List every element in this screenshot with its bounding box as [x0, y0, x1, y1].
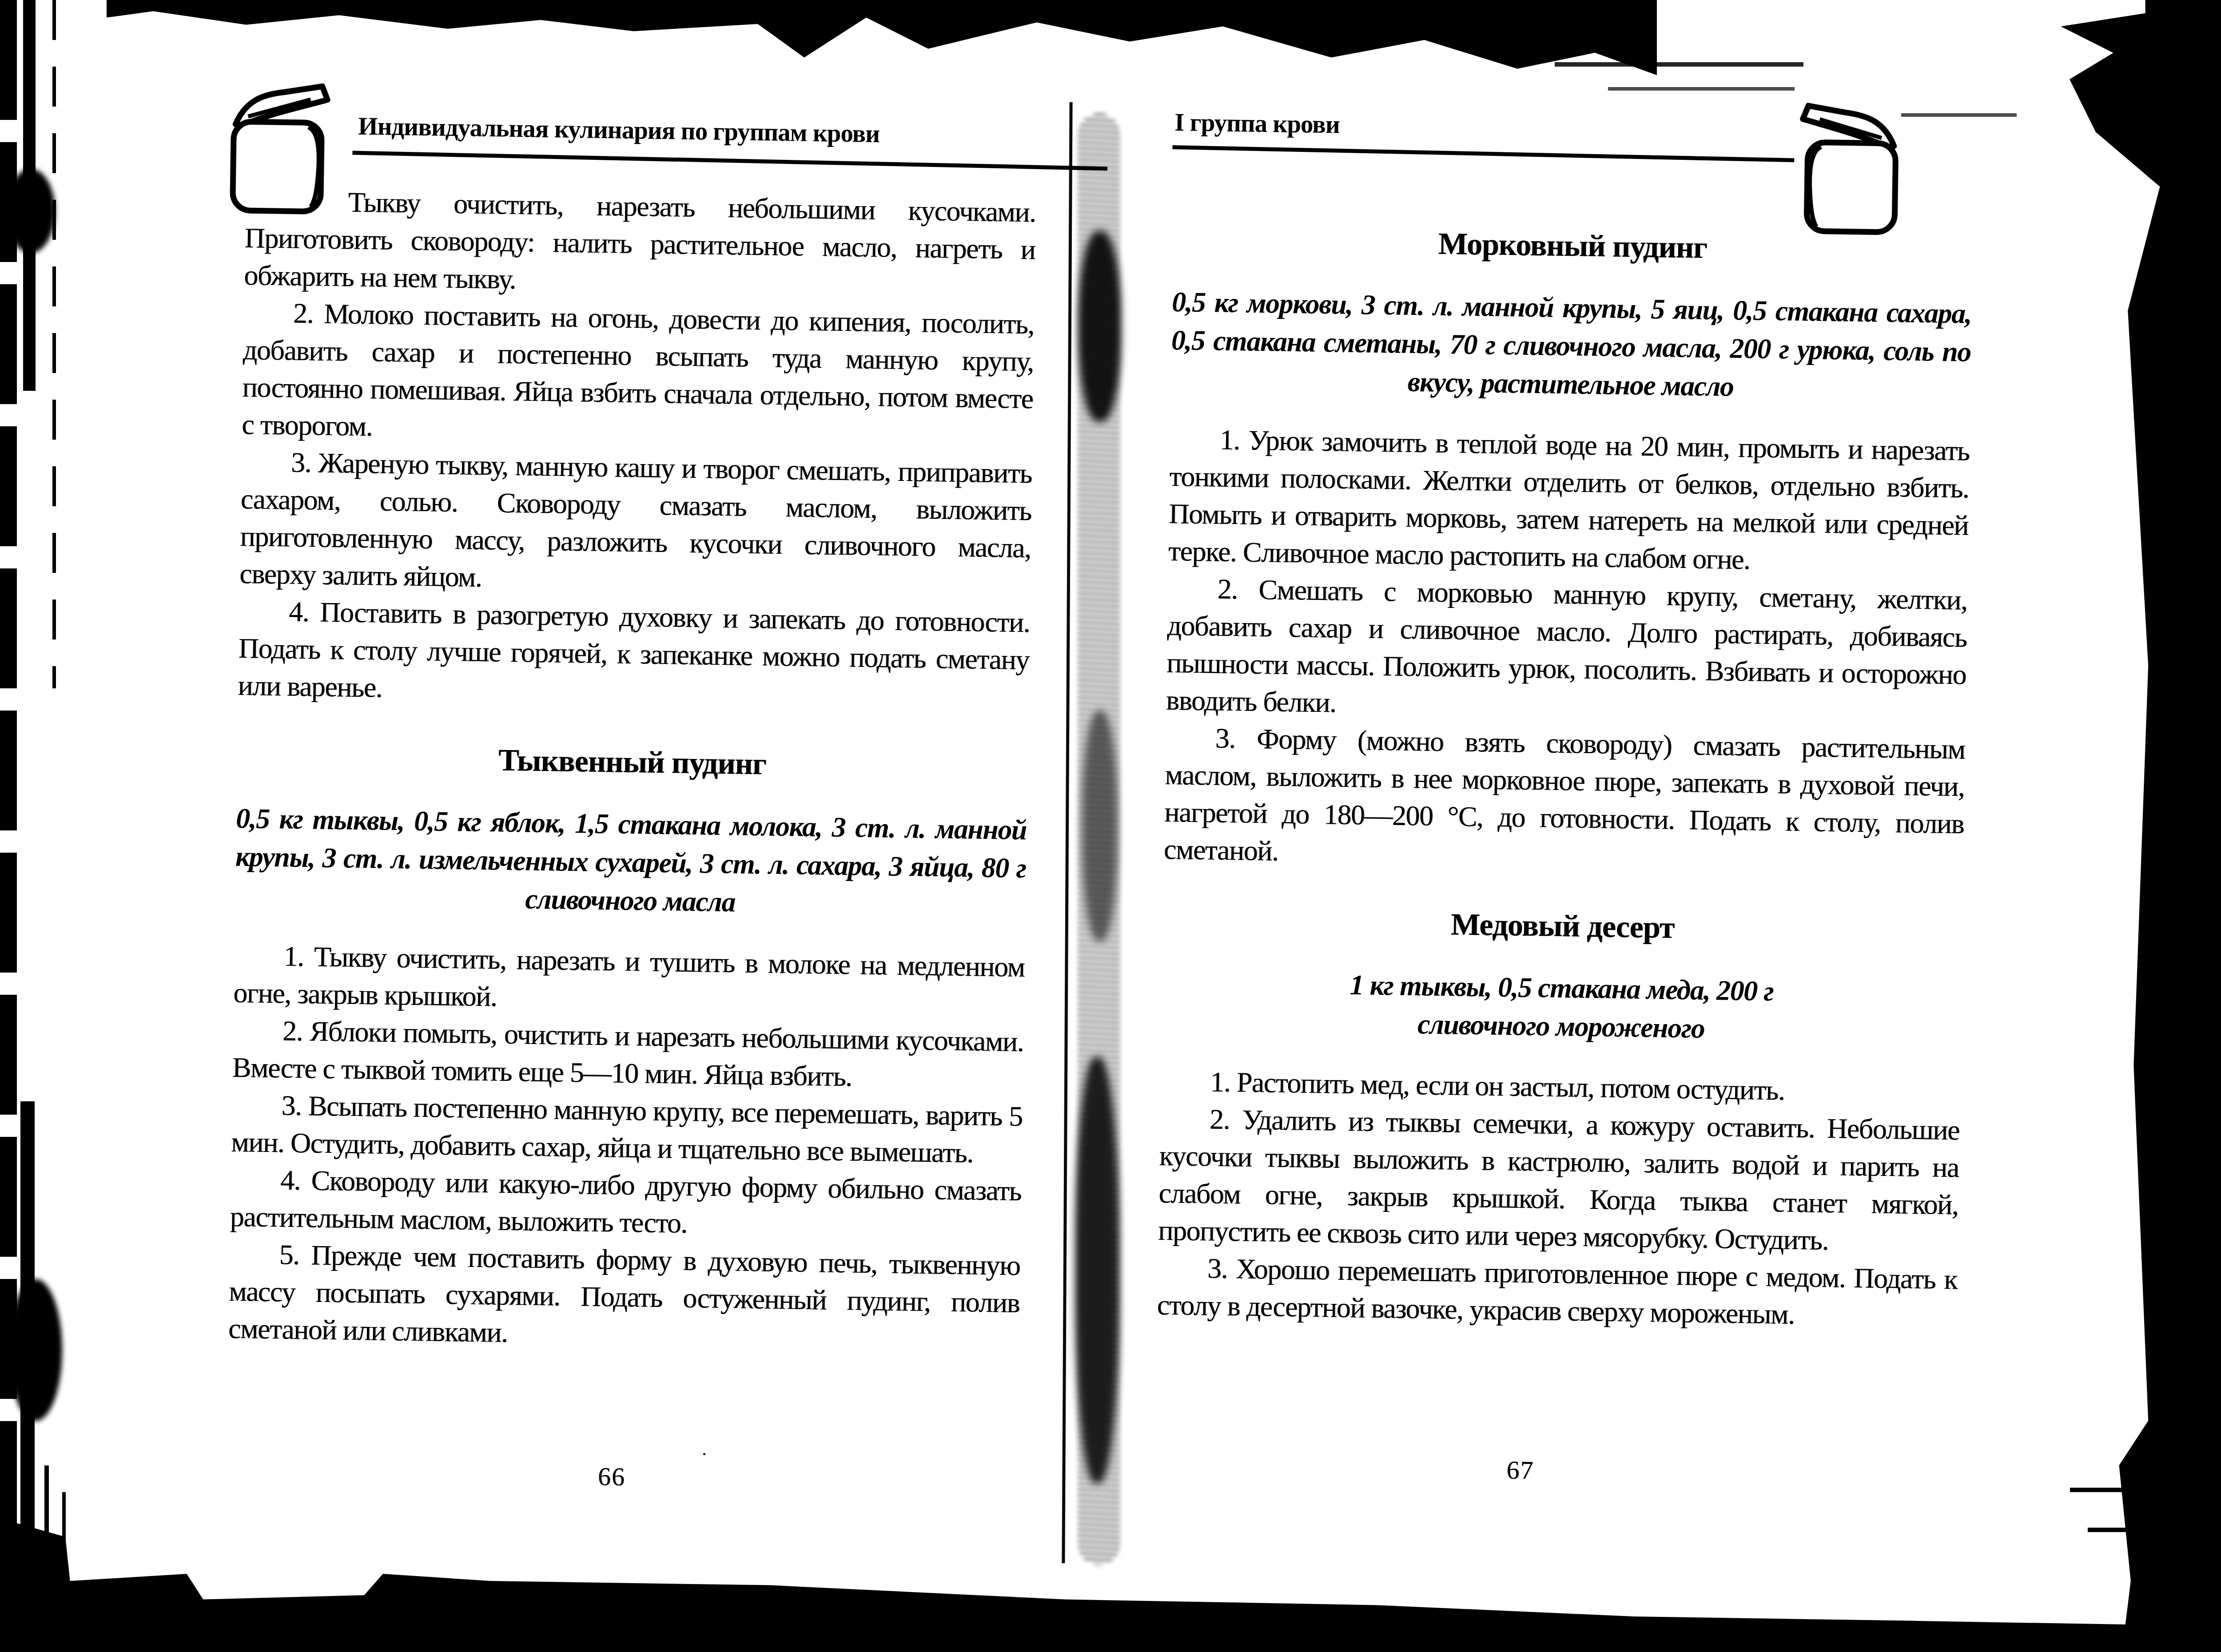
page-number: 66· [597, 1442, 708, 1493]
page-number: 67 [1506, 1455, 1534, 1485]
scan-artifact-gutter-line [1062, 102, 1072, 1563]
pot-icon [1790, 101, 1903, 241]
scan-artifact-blob [6, 169, 55, 253]
recipe-ingredients: 0,5 кг моркови, 3 ст. л. манной крупы, 5… [1170, 283, 1972, 409]
recipe-step: 1. Тыкву очистить, нарезать и тушить в м… [233, 937, 1025, 1023]
page-right-header: I группа крови [1174, 104, 1974, 192]
scan-artifact-streak [1608, 87, 1795, 91]
scan-artifact-blob [9, 1279, 62, 1421]
recipe-title: Медовый десерт [1162, 903, 1962, 950]
recipe-step: 5. Прежде чем поставить форму в духовую … [228, 1235, 1021, 1359]
recipe-title: Тыквенный пудинг [237, 739, 1028, 786]
recipe-step: 3. Хорошо перемешать приготовленное пюре… [1157, 1249, 1957, 1336]
running-head: I группа крови [1174, 108, 1340, 139]
recipe-step: 2. Смешать с морковью манную крупу, смет… [1166, 570, 1967, 731]
recipe-step: 4. Сковороду или какую-либо другую форму… [230, 1161, 1021, 1247]
page-left-header: Индивидуальная кулинария по группам кров… [245, 107, 1037, 194]
scan-artifact-streak [1555, 62, 1803, 67]
paragraph: 3. Жареную тыкву, манную кашу и творог с… [239, 443, 1032, 604]
scan-artifact-gutter-blob [1082, 711, 1118, 941]
scan-artifact-streak [2070, 1488, 2159, 1492]
recipe-step: 2. Яблоки помыть, очистить и нарезать не… [232, 1012, 1023, 1098]
header-rule [1172, 145, 1794, 162]
running-head: Индивидуальная кулинария по группам кров… [358, 112, 880, 148]
recipe-step: 2. Удалить из тыквы семечки, а кожуру ос… [1158, 1100, 1960, 1261]
scan-artifact-left-streak [52, 0, 56, 688]
scanned-book-spread: { "paper": { "background": "#ffffff", "i… [0, 0, 2221, 1652]
scan-artifact-left-streak [44, 1465, 49, 1599]
recipe-step: 1. Урюк замочить в теплой воде на 20 мин… [1168, 421, 1970, 582]
paragraph: 1. Тыкву очистить, нарезать небольшими к… [244, 182, 1036, 306]
paragraph: 2. Молоко поставить на огонь, довести до… [242, 294, 1035, 455]
scan-artifact-left-streak [62, 1492, 66, 1599]
recipe-ingredients: 1 кг тыквы, 0,5 стакана меда, 200 г слив… [1306, 965, 1817, 1049]
scan-dot: · [625, 1443, 708, 1464]
scan-artifact-left-streak [0, 0, 17, 1652]
scan-artifact-streak [2088, 1528, 2159, 1532]
recipe-step: 3. Форму (можно взять сковороду) смазать… [1163, 719, 1965, 880]
recipe-step: 3. Всыпать постепенно манную крупу, все … [231, 1086, 1023, 1172]
scan-artifact-gutter-blob [1075, 1057, 1119, 1483]
page-left: Индивидуальная кулинария по группам кров… [247, 107, 1037, 1347]
scan-artifact-gutter-blob [1079, 231, 1121, 422]
scan-artifact-top-band [107, 0, 1657, 80]
page-right: I группа крови Морковный пудинг 0,5 кг м… [1175, 104, 1974, 1324]
paragraph: 4. Поставить в разогретую духовку и запе… [238, 592, 1030, 716]
pot-icon [226, 80, 339, 220]
recipe-ingredients: 0,5 кг тыквы, 0,5 кг яблок, 1,5 стакана … [235, 799, 1027, 925]
scan-artifact-right-band [2043, 0, 2221, 1652]
header-rule [352, 151, 1107, 171]
